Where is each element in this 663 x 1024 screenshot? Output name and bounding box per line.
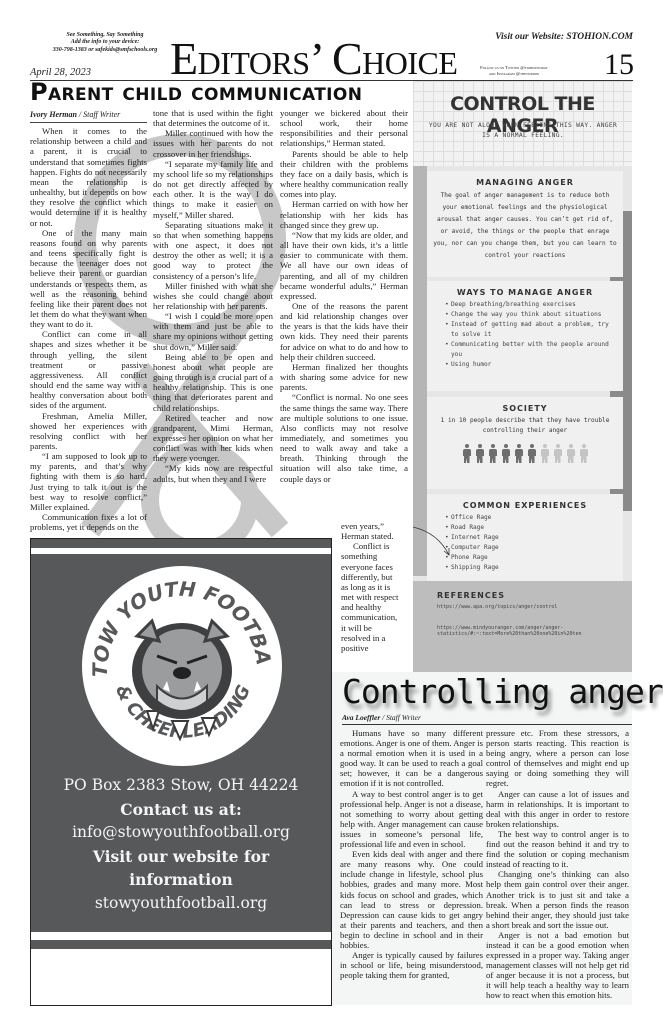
paragraph: Conflict is something everyone faces dif… [341,541,401,653]
bulldog-logo-icon: STOW YOUTH FOOTBALL & CHEERLEADING [77,561,287,771]
paragraph: Herman carried on with how her relations… [280,199,408,229]
issue-date: April 28, 2023 [30,67,91,78]
references-heading: REFERENCES [437,591,632,600]
people-figures [427,444,623,464]
article1-column-3-tail: even years,” Herman stated. Conflict is … [341,521,401,653]
paragraph: A way to best control anger is to get pr… [340,789,483,850]
paragraph: “I wish I could be more open with them a… [153,311,273,352]
list-item: Change the way you think about situation… [445,310,613,320]
paragraph: “I am supposed to look up to my parents,… [30,451,147,512]
reference-link[interactable]: statistics/#:~:text=More%20than%20one%20… [437,631,632,638]
website-link[interactable]: Visit our Website: STOHION.COM [495,32,633,42]
panel-heading: COMMON EXPERIENCES [427,501,623,510]
panel-heading: SOCIETY [427,404,623,413]
paragraph: “Now that my kids are older, and all hav… [280,230,408,301]
list-item: Instead of getting mad about a problem, … [445,320,613,340]
paragraph: Being able to be open and honest about w… [153,352,273,413]
article1-column-2: tone that is used within the fight that … [153,108,273,484]
paragraph: Miller finished with what she wishes she… [153,281,273,311]
arrow-icon [413,521,453,561]
list-item: Deep breathing/breathing exercises [445,300,613,310]
instagram-handle[interactable]: and Instagram @thestohion [469,71,559,77]
ad-band [31,539,331,548]
reference-link[interactable]: https://www.apa.org/topics/anger/control [437,604,632,611]
person-icon [527,444,537,464]
page-number: 15 [604,50,634,80]
list-item: Road Rage [445,523,613,533]
paragraph: Anger is not a bad emotion but instead i… [486,930,629,1001]
ad-contact-label: Contact us at: [31,798,331,822]
paragraph: tone that is used within the fight that … [153,108,273,128]
person-icon [579,444,589,464]
paragraph: Miller continued with how the issues wit… [153,128,273,158]
paragraph: The best way to control anger is to find… [486,829,629,869]
person-icon [514,444,524,464]
experiences-list: Office Rage Road Rage Internet Rage Comp… [427,513,623,573]
paragraph: One of the reasons the parent and kid re… [280,301,408,362]
paragraph: When it comes to the relationship betwee… [30,126,147,228]
panel-body: The goal of anger management is to reduc… [427,190,623,262]
tip-line: Add the info to your device: [40,39,170,46]
paragraph: One of the many main reasons found on wh… [30,228,147,330]
list-item: Computer Rage [445,543,613,553]
list-item: Shipping Rage [445,563,613,573]
paragraph: Conflict can come in all shapes and size… [30,329,147,410]
tip-line: 330-798-1383 or safekids@smfschools.org [40,47,170,54]
paragraph: Separating situations make it so that wh… [153,220,273,281]
ad-visit-line: Visit our website for [31,845,331,869]
person-icon [488,444,498,464]
person-icon [553,444,563,464]
list-item: Office Rage [445,513,613,523]
paragraph: Anger is typically caused by failures in… [340,950,483,980]
paragraph: Parents should be able to help their chi… [280,149,408,200]
society-panel: SOCIETY 1 in 10 people describe that the… [427,397,623,489]
list-item: Communicating better with the people aro… [445,340,613,360]
list-item: Internet Rage [445,533,613,543]
common-experiences-panel: COMMON EXPERIENCES Office Rage Road Rage… [427,494,623,582]
decor-strip [413,166,427,576]
panel-heading: WAYS TO MANAGE ANGER [427,288,623,297]
article1-column-3: younger we bickered about their school w… [280,108,408,484]
person-icon [501,444,511,464]
paragraph: pressure etc. From these stressors, a pe… [486,728,629,789]
author-role: / Staff Writer [382,713,421,722]
article-headline: Parent child communication [30,78,362,106]
paragraph: “Conflict is normal. No one sees the sam… [280,392,408,483]
byline: Ava Loeffler / Staff Writer [342,713,632,725]
panel-body: 1 in 10 people describe that they have t… [427,416,623,436]
stow-youth-football-ad: STOW YOUTH FOOTBALL & CHEERLEADING PO Bo… [30,538,332,1006]
paragraph: “My kids now are respectful adults, but … [153,463,273,483]
article2-column-1: Humans have so many different emotions. … [340,728,483,980]
author-name: Ivory Herman [30,110,77,119]
references-section: REFERENCES https://www.apa.org/topics/an… [413,581,632,672]
article1-column-1: Ivory Herman / Staff Writer When it come… [30,110,147,532]
paragraph: Humans have so many different emotions. … [340,728,483,789]
managing-anger-panel: MANAGING ANGER The goal of anger managem… [427,171,623,277]
paragraph: Even kids deal with anger and there are … [340,849,483,950]
paragraph: even years,” Herman stated. [341,521,401,541]
ad-website-link[interactable]: stowyouthfootball.org [31,892,331,916]
paragraph: “I separate my family life and my school… [153,159,273,220]
byline: Ivory Herman / Staff Writer [30,110,147,123]
tip-line: See Something, Say Something [40,32,170,39]
list-item: Phone Rage [445,553,613,563]
infographic-subtitle: YOU ARE NOT ALONE WHEN FEELING THIS WAY.… [423,121,623,141]
paragraph: Retired teacher and now grandparent, Mim… [153,413,273,464]
author-name: Ava Loeffler [342,713,380,722]
tip-line-box: See Something, Say Something Add the inf… [40,32,170,54]
author-role: / Staff Writer [79,110,120,119]
person-icon [566,444,576,464]
paragraph: Freshman, Amelia Miller, showed her expe… [30,411,147,452]
article2-headline: Controlling anger [342,672,663,711]
panel-heading: MANAGING ANGER [427,178,623,187]
ways-panel: WAYS TO MANAGE ANGER Deep breathing/brea… [427,281,623,391]
anger-infographic: CONTROL THE ANGER YOU ARE NOT ALONE WHEN… [413,81,632,672]
paragraph: Herman finalized her thoughts with shari… [280,362,408,392]
list-item: Using humor [445,360,613,370]
ways-list: Deep breathing/breathing exercises Chang… [427,300,623,370]
paragraph: Communication fixes a lot of problems, y… [30,512,147,532]
paragraph: Anger can cause a lot of issues and harm… [486,789,629,829]
person-icon [540,444,550,464]
paragraph: younger we bickered about their school w… [280,108,408,149]
article2-column-2: pressure etc. From these stressors, a pe… [486,728,629,1001]
ad-email-link[interactable]: info@stowyouthfootball.org [31,821,331,845]
section-title: Editors’ Choice [170,36,457,82]
ad-band [31,940,331,949]
social-follow: Follow us on Twitter @stohiontoday and I… [469,65,559,78]
ad-address: PO Box 2383 Stow, OH 44224 [31,774,331,798]
person-icon [475,444,485,464]
person-icon [462,444,472,464]
paragraph: Changing one’s thinking can also help th… [486,869,629,930]
ad-visit-line: information [31,868,331,892]
ad-contact-block: PO Box 2383 Stow, OH 44224 Contact us at… [31,774,331,915]
